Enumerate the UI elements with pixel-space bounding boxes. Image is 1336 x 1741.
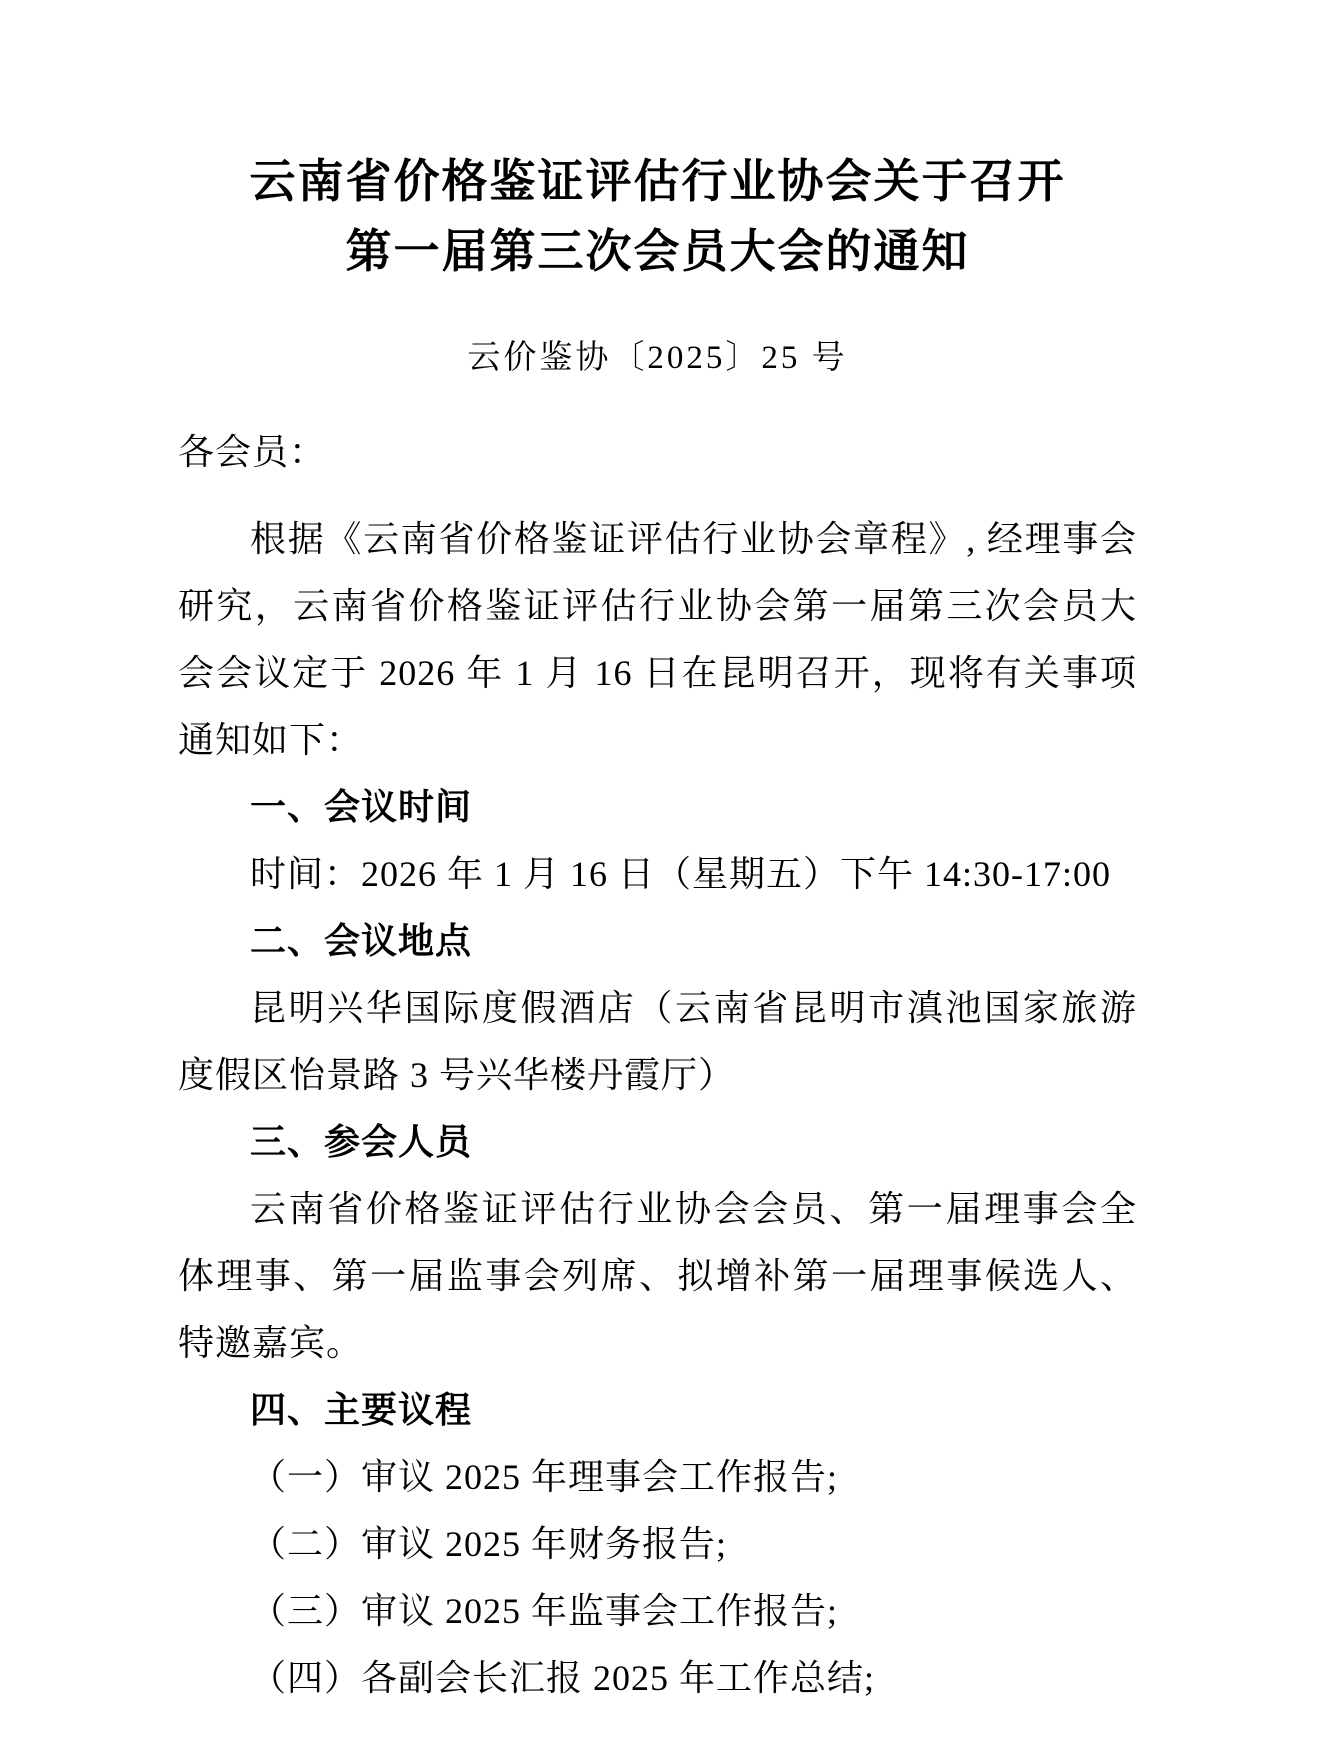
section-1-heading-meeting-time: 一、会议时间 [178, 774, 1137, 841]
section-4-heading-main-agenda: 四、主要议程 [178, 1377, 1137, 1444]
section-2-heading-meeting-place: 二、会议地点 [178, 908, 1137, 975]
document-content: 云南省价格鉴证评估行业协会关于召开 第一届第三次会员大会的通知 云价鉴协〔202… [0, 0, 1336, 1741]
notice-document-page: 云南省价格鉴证评估行业协会关于召开 第一届第三次会员大会的通知 云价鉴协〔202… [0, 0, 1336, 1741]
document-body: 各会员： 根据《云南省价格鉴证评估行业协会章程》, 经理事会研究，云南省价格鉴证… [178, 419, 1137, 1712]
document-number: 云价鉴协〔2025〕25 号 [178, 325, 1137, 391]
section-2-text-meeting-place: 昆明兴华国际度假酒店（云南省昆明市滇池国家旅游度假区怡景路 3 号兴华楼丹霞厅） [178, 975, 1137, 1109]
section-3-heading-participants: 三、参会人员 [178, 1109, 1137, 1176]
document-title-line-2: 第一届第三次会员大会的通知 [178, 217, 1137, 287]
agenda-item-2: （二）审议 2025 年财务报告; [178, 1511, 1137, 1578]
agenda-item-4: （四）各副会长汇报 2025 年工作总结; [178, 1645, 1137, 1712]
section-1-text-meeting-time: 时间：2026 年 1 月 16 日（星期五）下午 14:30-17:00 [178, 841, 1137, 908]
agenda-item-3: （三）审议 2025 年监事会工作报告; [178, 1578, 1137, 1645]
document-title-line-1: 云南省价格鉴证评估行业协会关于召开 [178, 147, 1137, 217]
section-3-text-participants: 云南省价格鉴证评估行业协会会员、第一届理事会全体理事、第一届监事会列席、拟增补第… [178, 1176, 1137, 1377]
agenda-item-1: （一）审议 2025 年理事会工作报告; [178, 1444, 1137, 1511]
document-title: 云南省价格鉴证评估行业协会关于召开 第一届第三次会员大会的通知 [178, 147, 1137, 287]
salutation: 各会员： [178, 419, 1137, 486]
intro-paragraph: 根据《云南省价格鉴证评估行业协会章程》, 经理事会研究，云南省价格鉴证评估行业协… [178, 506, 1137, 774]
